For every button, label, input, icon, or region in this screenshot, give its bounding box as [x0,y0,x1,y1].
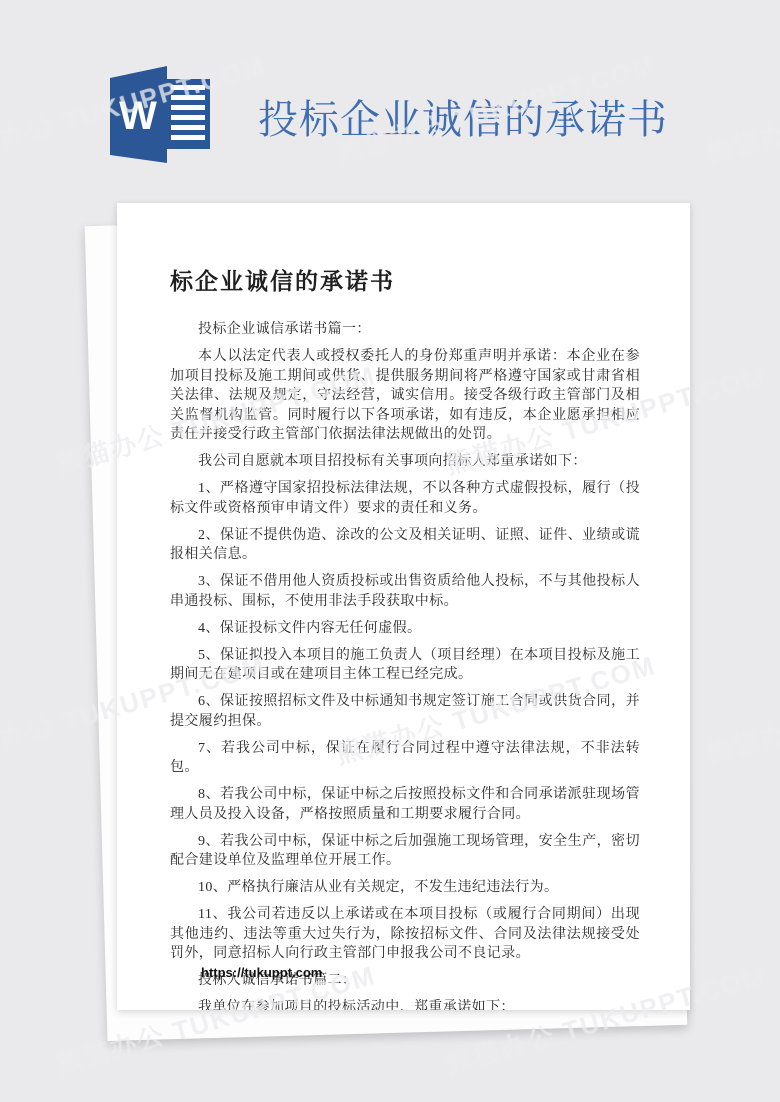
document-page: 标企业诚信的承诺书 投标企业诚信承诺书篇一：本人以法定代表人或授权委托人的身份郑… [117,203,690,1010]
document-paragraph: 5、保证拟投入本项目的施工负责人（项目经理）在本项目投标及施工期间无在建项目或在… [170,646,640,685]
header: W 投标企业诚信的承诺书 [0,0,780,200]
document-paragraph: 10、严格执行廉洁从业有关规定，不发生违纪违法行为。 [170,878,640,898]
watermark-text: 熊猫办公 TUKUPPT.COM [701,645,780,772]
document-paragraph: 6、保证按照招标文件及中标通知书规定签订施工合同或供货合同，并提交履约担保。 [170,692,640,731]
document-paragraph: 3、保证不借用他人资质投标或出售资质给他人投标，不与其他投标人串通投标、围标，不… [170,572,640,611]
document-paragraph: 8、若我公司中标，保证中标之后按照投标文件和合同承诺派驻现场管理人员及投入设备，… [170,785,640,824]
document-paragraph: 11、我公司若违反以上承诺或在本项目投标（或履行合同期间）出现其他违约、违法等重… [170,905,640,964]
document-title: 标企业诚信的承诺书 [170,263,640,296]
document-body: 投标企业诚信承诺书篇一：本人以法定代表人或授权委托人的身份郑重声明并承诺：本企业… [170,320,640,1010]
page-title: 投标企业诚信的承诺书 [258,88,668,145]
document-paragraph: 1、严格遵守国家招投标法律法规，不以各种方式虚假投标，履行（投标文件或资格预审申… [170,479,640,518]
document-paragraph: 4、保证投标文件内容无任何虚假。 [170,619,640,639]
word-icon-letter: W [119,94,157,138]
document-content: 标企业诚信的承诺书 投标企业诚信承诺书篇一：本人以法定代表人或授权委托人的身份郑… [117,203,690,1010]
document-paragraph: 2、保证不提供伪造、涂改的公文及相关证明、证照、证件、业绩或谎报相关信息。 [170,526,640,565]
document-paragraph: 7、若我公司中标，保证在履行合同过程中遵守法律法规，不非法转包。 [170,739,640,778]
document-paragraph: 我公司自愿就本项目招投标有关事项向招标人郑重承诺如下： [170,452,640,472]
word-icon: W [108,64,212,166]
document-footer-link[interactable]: https://tukuppt.com [201,965,322,980]
document-paragraph: 我单位在参加项目的投标活动中，郑重承诺如下： [170,998,640,1010]
document-paragraph: 投标企业诚信承诺书篇一： [170,320,640,340]
document-paragraph: 9、若我公司中标，保证中标之后加强施工现场管理，安全生产，密切配合建设单位及监理… [170,832,640,871]
document-paragraph: 本人以法定代表人或授权委托人的身份郑重声明并承诺：本企业在参加项目投标及施工期间… [170,347,640,445]
